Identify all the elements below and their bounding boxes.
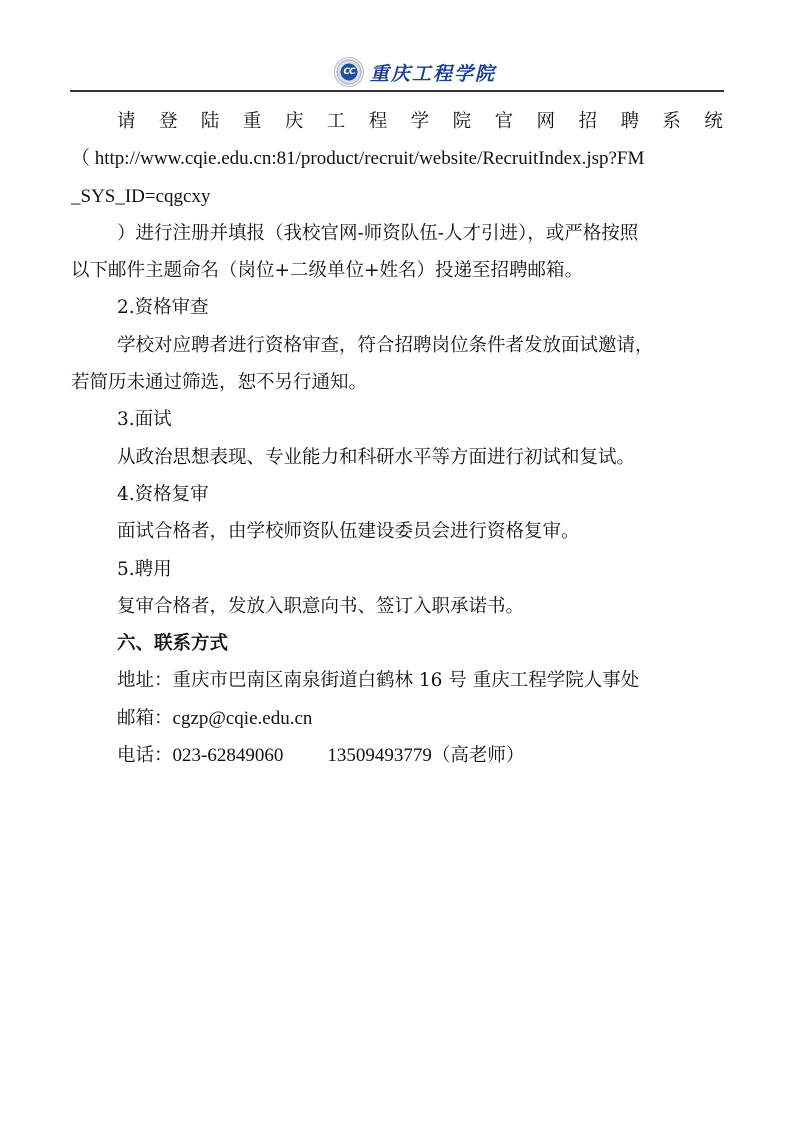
address-value: 重庆市巴南区南泉街道白鹤林 16 号 重庆工程学院人事处: [173, 670, 640, 691]
intro-char: 陆: [201, 103, 220, 140]
intro-char: 网: [537, 103, 556, 140]
step-title-review: 2.资格审查: [71, 289, 723, 326]
intro-line: 请 登 陆 重 庆 工 程 学 院 官 网 招 聘 系 统: [71, 103, 723, 140]
phone-contact-person: （高老师）: [432, 745, 525, 766]
intro-char: 院: [453, 103, 472, 140]
phone-label: 电话：: [117, 745, 173, 766]
step-title-interview: 3.面试: [71, 401, 723, 438]
contact-phone: 电话：023-6284906013509493779（高老师）: [71, 737, 723, 774]
step-text: 若简历未通过筛选，恕不另行通知。: [71, 364, 723, 401]
intro-char: 程: [369, 103, 388, 140]
header-divider: [70, 90, 724, 92]
step-text: 面试合格者，由学校师资队伍建设委员会进行资格复审。: [71, 513, 723, 550]
step-text: 从政治思想表现、专业能力和科研水平等方面进行初试和复试。: [71, 439, 723, 476]
recruit-url-line-2[interactable]: _SYS_ID=cqgcxy: [71, 178, 723, 215]
email-link[interactable]: cgzp@cqie.edu.cn: [173, 708, 313, 729]
contact-address: 地址：重庆市巴南区南泉街道白鹤林 16 号 重庆工程学院人事处: [71, 662, 723, 699]
intro-char: 系: [662, 103, 681, 140]
logo-mark: CC: [343, 67, 354, 77]
contact-heading: 六、联系方式: [71, 625, 723, 662]
step-title-hiring: 5.聘用: [71, 551, 723, 588]
intro-char: 学: [411, 103, 430, 140]
email-label: 邮箱：: [117, 708, 173, 729]
phone-number-mobile: 13509493779: [327, 745, 432, 766]
intro-char: 聘: [620, 103, 639, 140]
step-text: 学校对应聘者进行资格审查，符合招聘岗位条件者发放面试邀请，: [71, 327, 723, 364]
document-body: 请 登 陆 重 庆 工 程 学 院 官 网 招 聘 系 统 （ http://w…: [71, 103, 723, 774]
intro-char: 庆: [285, 103, 304, 140]
phone-number-landline: 023-62849060: [173, 745, 284, 766]
intro-char: 统: [704, 103, 723, 140]
intro-char: 重: [243, 103, 262, 140]
cqie-emblem-icon: CC: [334, 57, 364, 87]
page-header: CC 重庆工程学院: [70, 52, 724, 92]
intro-char: 工: [327, 103, 346, 140]
brand-name: 重庆工程学院: [370, 59, 496, 86]
register-line-1: ）进行注册并填报（我校官网-师资队伍-人才引进），或严格按照: [71, 215, 723, 252]
intro-char: 招: [578, 103, 597, 140]
step-text: 复审合格者，发放入职意向书、签订入职承诺书。: [71, 588, 723, 625]
recruit-url-line-1[interactable]: （ http://www.cqie.edu.cn:81/product/recr…: [71, 140, 723, 177]
intro-char: 登: [159, 103, 178, 140]
header-brand: CC 重庆工程学院: [334, 56, 496, 88]
intro-char: 官: [495, 103, 514, 140]
intro-char: 请: [117, 103, 136, 140]
address-label: 地址：: [117, 670, 173, 691]
register-line-2: 以下邮件主题命名（岗位+二级单位+姓名）投递至招聘邮箱。: [71, 252, 723, 289]
step-title-re-review: 4.资格复审: [71, 476, 723, 513]
contact-email: 邮箱：cgzp@cqie.edu.cn: [71, 700, 723, 737]
